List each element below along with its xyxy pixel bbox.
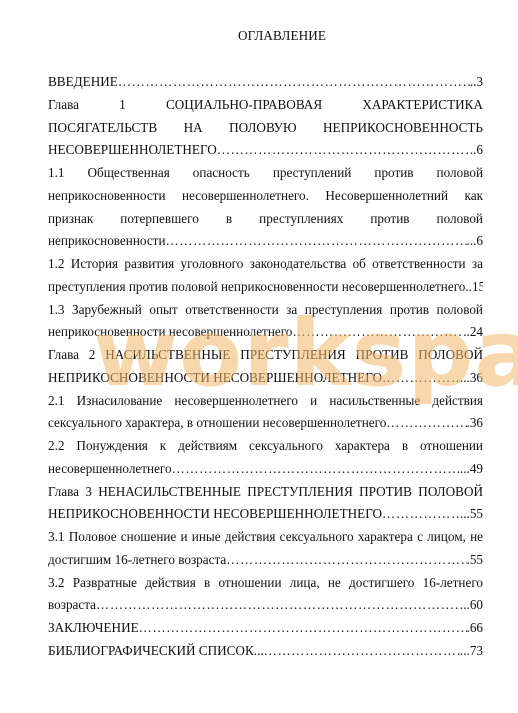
toc-line: Глава 3 НЕНАСИЛЬСТВЕННЫЕ ПРЕСТУПЛЕНИЯ ПР… [48,481,483,504]
toc-entry-text: НЕПРИКОСНОВЕННОСТИ НЕСОВЕРШЕННОЛЕТНЕГО [48,503,382,526]
dot-leader [292,321,463,344]
dot-leader [118,71,470,94]
toc-entry[interactable]: 3.1 Половое сношение и иные действия сек… [48,526,483,572]
dot-leader [139,617,467,640]
toc-line: ЗАКЛЮЧЕНИЕ.66 [48,617,483,640]
toc-entry-text: неприкосновенности несовершеннолетнего [48,321,292,344]
toc-entry-text: сексуального характера, в отношении несо… [48,412,386,435]
toc-entry[interactable]: 1.1 Общественная опасность преступлений … [48,162,483,253]
toc-entry-text: НЕСОВЕРШЕННОЛЕТНЕГО [48,139,217,162]
toc-line: преступления против половой неприкоснове… [48,276,483,299]
toc-entry[interactable]: Глава 2 НАСИЛЬСТВЕННЫЕ ПРЕСТУПЛЕНИЯ ПРОТ… [48,344,483,390]
toc-page-number: ...60 [460,594,483,617]
toc-page-number: ..24 [463,321,483,344]
toc-line: Глава 1 СОЦИАЛЬНО-ПРАВОВАЯ ХАРАКТЕРИСТИК… [48,94,483,117]
toc-line: Глава 2 НАСИЛЬСТВЕННЫЕ ПРЕСТУПЛЕНИЯ ПРОТ… [48,344,483,367]
dot-leader [172,458,460,481]
toc-line: НЕСОВЕРШЕННОЛЕТНЕГО ..6 [48,139,483,162]
toc-page-number: .36 [467,412,483,435]
dot-leader [166,230,467,253]
toc-title: ОГЛАВЛЕНИЕ [0,28,518,44]
dot-leader [264,640,460,663]
toc-entry[interactable]: БИБЛИОГРАФИЧЕСКИЙ СПИСОК......73 [48,640,483,663]
table-of-contents: ВВЕДЕНИЕ..3Глава 1 СОЦИАЛЬНО-ПРАВОВАЯ ХА… [48,71,483,663]
toc-page-number: ...73 [460,640,483,663]
dot-leader [217,139,470,162]
toc-entry[interactable]: Глава 3 НЕНАСИЛЬСТВЕННЫЕ ПРЕСТУПЛЕНИЯ ПР… [48,481,483,527]
toc-line: 2.1 Изнасилование несовершеннолетнего и … [48,390,483,413]
toc-line: признак потерпевшего в преступлениях про… [48,208,483,231]
dot-leader [382,503,460,526]
toc-entry[interactable]: 3.2 Развратные действия в отношении лица… [48,572,483,618]
dot-leader [226,549,466,572]
toc-line: 3.1 Половое сношение и иные действия сек… [48,526,483,549]
toc-page-number: ...36 [460,367,483,390]
document-page: ОГЛАВЛЕНИЕ ВВЕДЕНИЕ..3Глава 1 СОЦИАЛЬНО-… [0,0,518,713]
toc-line: неприкосновенности...6 [48,230,483,253]
toc-entry[interactable]: ВВЕДЕНИЕ..3 [48,71,483,94]
toc-line: 3.2 Развратные действия в отношении лица… [48,572,483,595]
toc-page-number: ...49 [460,458,483,481]
toc-page-number: ...6 [467,230,483,253]
toc-entry-text: ВВЕДЕНИЕ [48,71,118,94]
toc-line: 1.3 Зарубежный опыт ответственности за п… [48,299,483,322]
toc-entry-text: возраста [48,594,96,617]
toc-entry[interactable]: 2.1 Изнасилование несовершеннолетнего и … [48,390,483,436]
toc-line: БИБЛИОГРАФИЧЕСКИЙ СПИСОК......73 [48,640,483,663]
toc-line: ПОСЯГАТЕЛЬСТВ НА ПОЛОВУЮ НЕПРИКОСНОВЕННО… [48,117,483,140]
toc-page-number: ..3 [470,71,483,94]
toc-entry[interactable]: Глава 1 СОЦИАЛЬНО-ПРАВОВАЯ ХАРАКТЕРИСТИК… [48,94,483,162]
toc-line: НЕПРИКОСНОВЕННОСТИ НЕСОВЕРШЕННОЛЕТНЕГО .… [48,503,483,526]
toc-entry-text: БИБЛИОГРАФИЧЕСКИЙ СПИСОК... [48,640,264,663]
toc-entry-text: ЗАКЛЮЧЕНИЕ [48,617,139,640]
toc-page-number: ...55 [460,503,483,526]
toc-entry[interactable]: 1.2 История развития уголовного законода… [48,253,483,299]
toc-page-number: .66 [467,617,483,640]
toc-entry[interactable]: ЗАКЛЮЧЕНИЕ.66 [48,617,483,640]
toc-entry[interactable]: 1.3 Зарубежный опыт ответственности за п… [48,299,483,345]
toc-line: 1.2 История развития уголовного законода… [48,253,483,276]
toc-line: достигшим 16-летнего возраста .55 [48,549,483,572]
toc-line: несовершеннолетнего ...49 [48,458,483,481]
toc-entry-text: НЕПРИКОСНОВЕННОСТИ НЕСОВЕРШЕННОЛЕТНЕГО [48,367,382,390]
toc-entry-text: неприкосновенности [48,230,166,253]
toc-line: возраста...60 [48,594,483,617]
toc-line: 1.1 Общественная опасность преступлений … [48,162,483,185]
toc-line: неприкосновенности несовершеннолетнего .… [48,321,483,344]
toc-page-number: ..6 [470,139,483,162]
toc-line: НЕПРИКОСНОВЕННОСТИ НЕСОВЕРШЕННОЛЕТНЕГО .… [48,367,483,390]
toc-entry-text: достигшим 16-летнего возраста [48,549,226,572]
dot-leader [96,594,460,617]
toc-line: 2.2 Понуждения к действиям сексуального … [48,435,483,458]
toc-line: сексуального характера, в отношении несо… [48,412,483,435]
toc-page-number: .55 [467,549,483,572]
toc-entry[interactable]: 2.2 Понуждения к действиям сексуального … [48,435,483,481]
toc-line: неприкосновенности несовершеннолетнего. … [48,185,483,208]
dot-leader [386,412,466,435]
toc-line: ВВЕДЕНИЕ..3 [48,71,483,94]
toc-entry-text: несовершеннолетнего [48,458,172,481]
dot-leader [382,367,460,390]
